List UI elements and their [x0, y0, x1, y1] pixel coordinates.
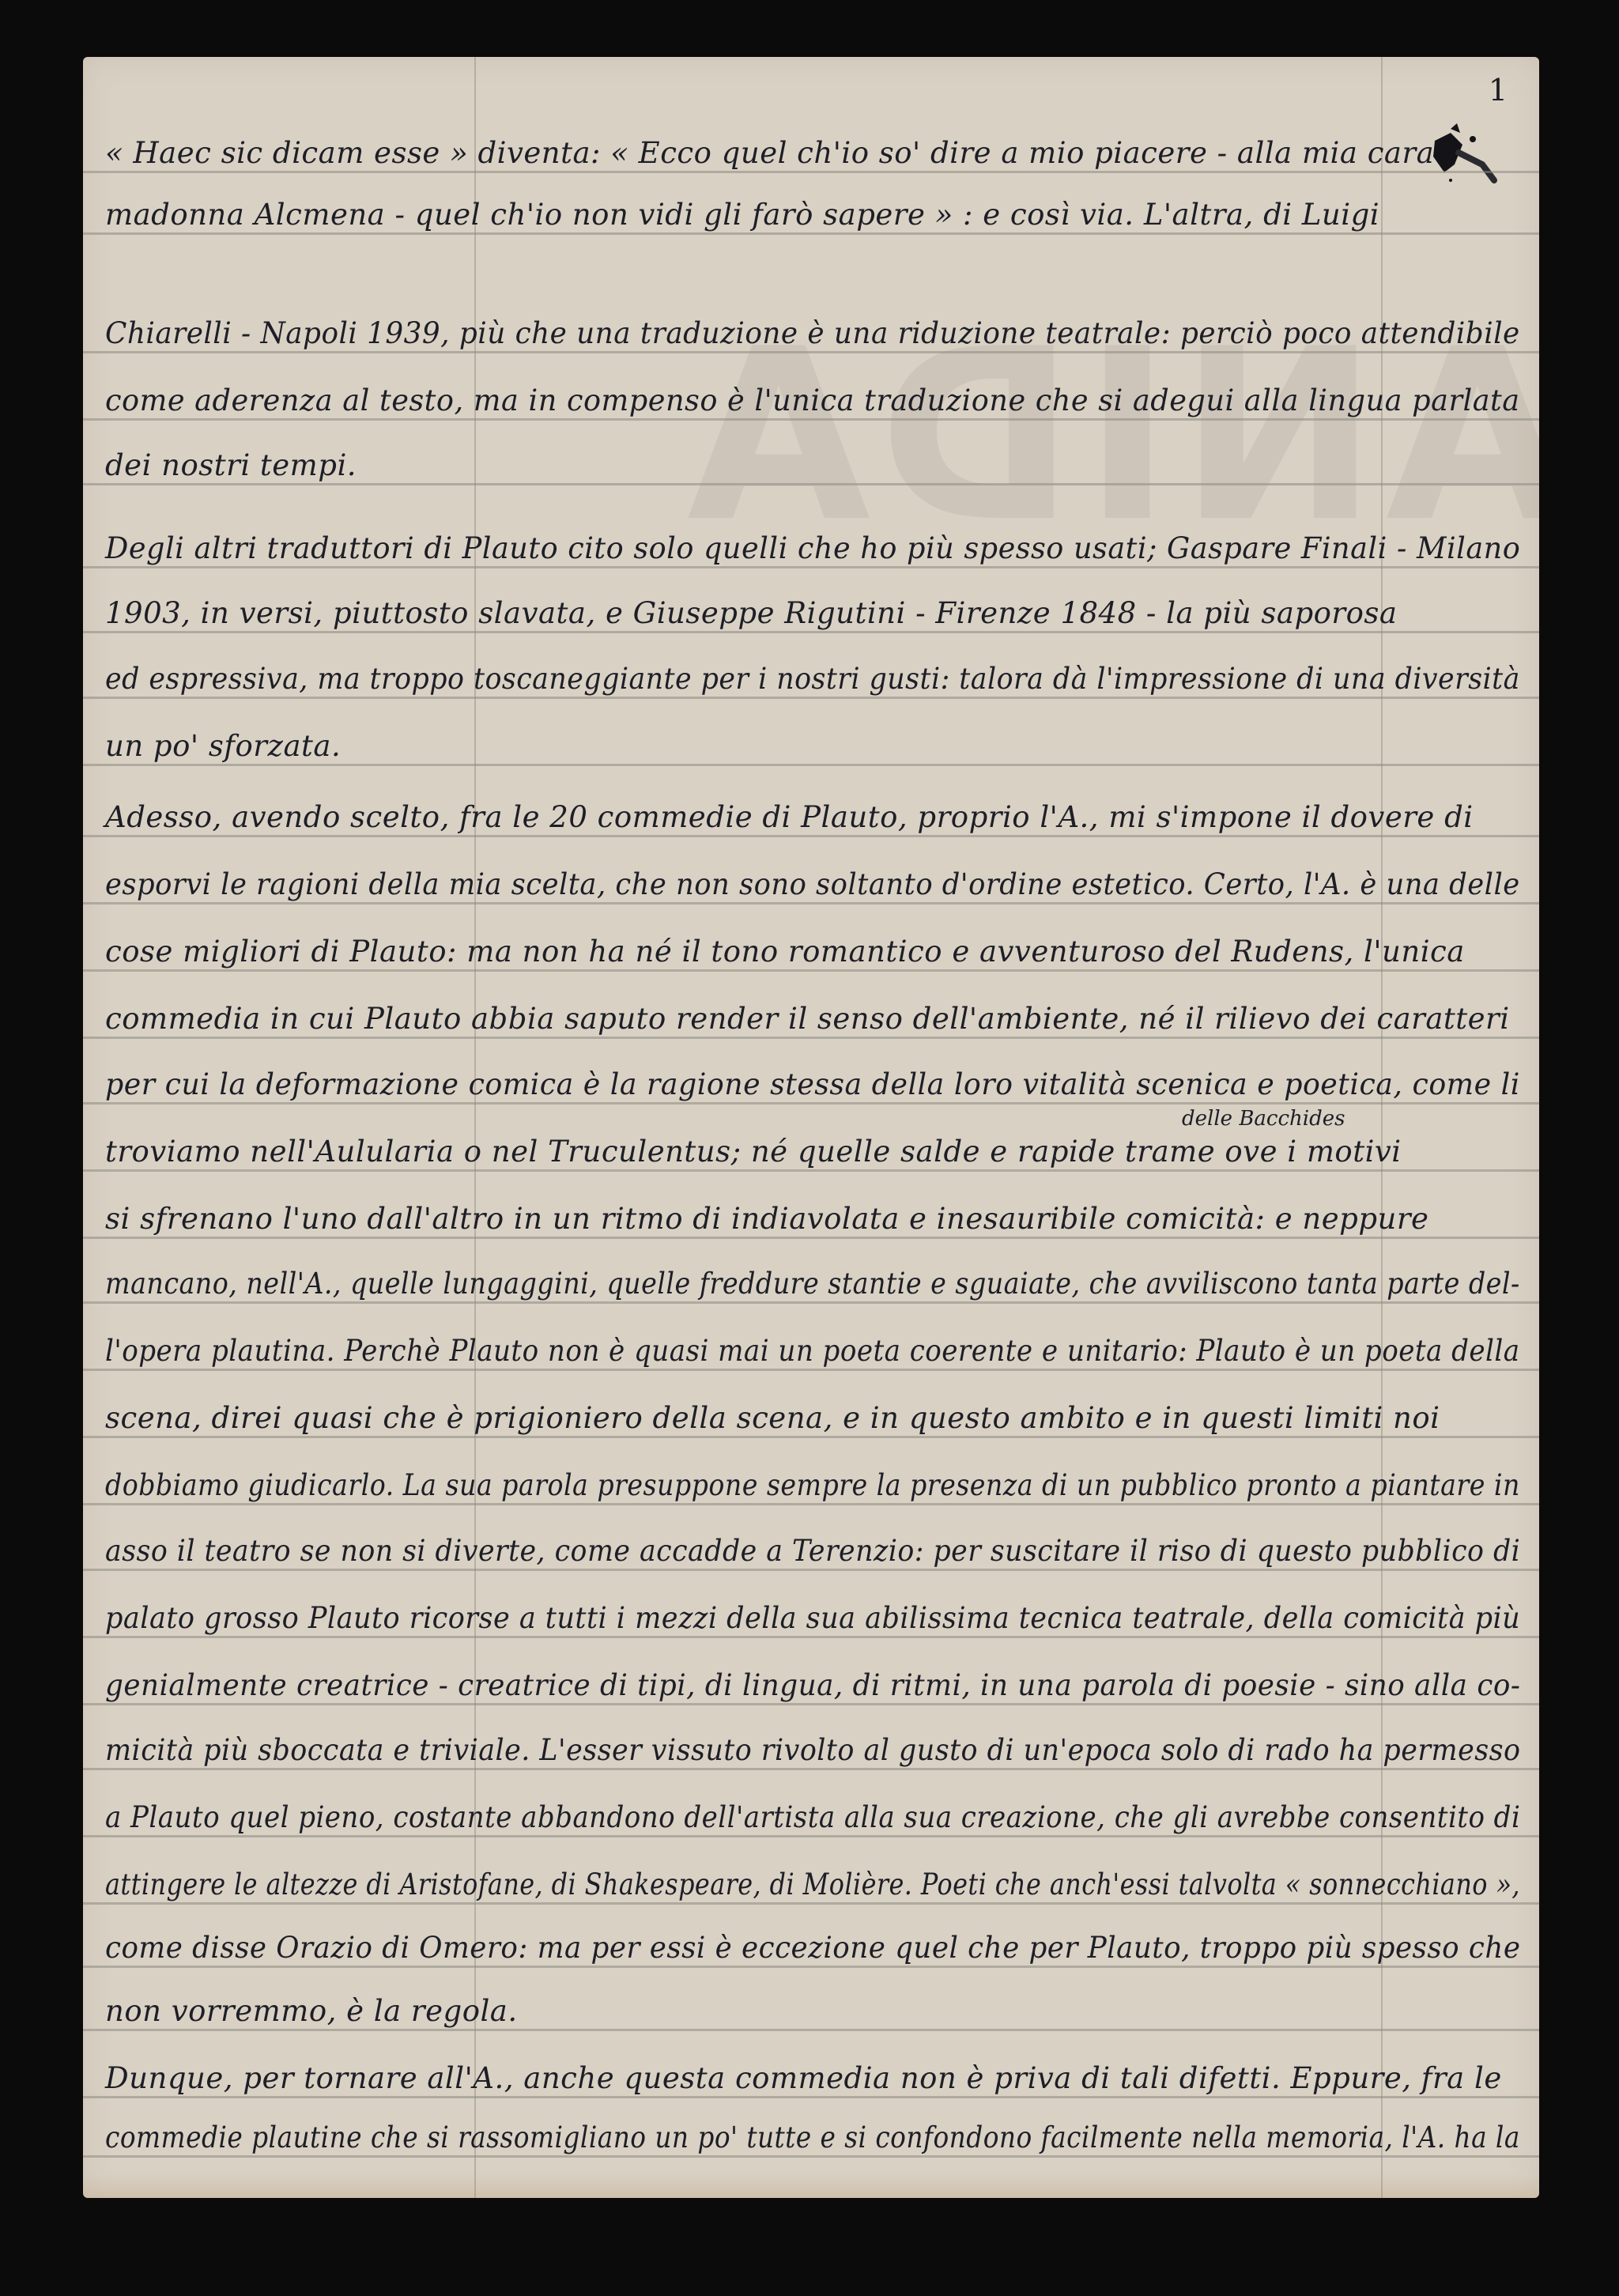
- horizontal-rule: [83, 1503, 1539, 1505]
- text-line: genialmente creatrice - creatrice di tip…: [105, 1668, 1520, 1702]
- text-line: madonna Alcmena - quel ch'io non vidi gl…: [105, 198, 1379, 232]
- text-line: come aderenza al testo, ma in compenso è…: [105, 383, 1520, 417]
- text-line: troviamo nell'Aulularia o nel Truculentu…: [105, 1135, 1402, 1169]
- horizontal-rule: [83, 902, 1539, 904]
- text-line: Dunque, per tornare all'A., anche questa…: [105, 2061, 1502, 2095]
- text-line: commedia in cui Plauto abbia saputo rend…: [105, 1002, 1510, 1036]
- text-line: Degli altri traduttori di Plauto cito so…: [105, 531, 1520, 565]
- horizontal-rule: [83, 1902, 1539, 1905]
- text-line: mancano, nell'A., quelle lungaggini, que…: [105, 1267, 1520, 1301]
- text-line: come disse Orazio di Omero: ma per essi …: [105, 1931, 1520, 1965]
- horizontal-rule: [83, 1037, 1539, 1039]
- horizontal-rule: [83, 1966, 1539, 1968]
- text-line: 1903, in versi, piuttosto slavata, e Giu…: [105, 596, 1397, 630]
- text-line: Chiarelli - Napoli 1939, più che una tra…: [105, 316, 1520, 350]
- horizontal-rule: [83, 969, 1539, 972]
- ink-blot-icon: [1427, 101, 1522, 196]
- horizontal-rule: [83, 764, 1539, 766]
- horizontal-rule: [83, 418, 1539, 421]
- horizontal-rule: [83, 1835, 1539, 1837]
- horizontal-rule: [83, 1636, 1539, 1638]
- text-line: « Haec sic dicam esse » diventa: « Ecco …: [105, 136, 1434, 170]
- horizontal-rule: [83, 232, 1539, 235]
- horizontal-rule: [83, 1169, 1539, 1172]
- horizontal-rule: [83, 1369, 1539, 1371]
- text-line: cose migliori di Plauto: ma non ha né il…: [105, 935, 1465, 969]
- horizontal-rule: [83, 2096, 1539, 2098]
- horizontal-rule: [83, 1569, 1539, 1571]
- text-line: commedie plautine che si rassomigliano u…: [105, 2120, 1520, 2154]
- text-line: l'opera plautina. Perchè Plauto non è qu…: [105, 1334, 1520, 1368]
- manuscript-page: ANIDA 1 « Haec sic dicam esse » diventa:…: [83, 57, 1539, 2198]
- text-line: per cui la deformazione comica è la ragi…: [105, 1067, 1520, 1101]
- horizontal-rule: [83, 1703, 1539, 1705]
- horizontal-rule: [83, 566, 1539, 568]
- horizontal-rule: [83, 351, 1539, 353]
- horizontal-rule: [83, 697, 1539, 699]
- interlinear-note: delle Bacchides: [1182, 1107, 1345, 1131]
- text-line: scena, direi quasi che è prigioniero del…: [105, 1401, 1440, 1435]
- horizontal-rule: [83, 1301, 1539, 1304]
- text-line: Adesso, avendo scelto, fra le 20 commedi…: [105, 800, 1474, 834]
- text-line: a Plauto quel pieno, costante abbandono …: [105, 1800, 1520, 1834]
- text-line: dobbiamo giudicarlo. La sua parola presu…: [105, 1468, 1520, 1502]
- horizontal-rule: [83, 2155, 1539, 2158]
- horizontal-rule: [83, 1436, 1539, 1438]
- text-line: micità più sboccata e triviale. L'esser …: [105, 1733, 1520, 1767]
- horizontal-rule: [83, 631, 1539, 633]
- text-line: un po' sforzata.: [105, 729, 341, 763]
- horizontal-rule: [83, 171, 1539, 173]
- horizontal-rule: [83, 1237, 1539, 1239]
- horizontal-rule: [83, 2029, 1539, 2031]
- horizontal-rule: [83, 1768, 1539, 1770]
- text-line: ed espressiva, ma troppo toscaneggiante …: [105, 662, 1520, 696]
- horizontal-rule: [83, 483, 1539, 485]
- horizontal-rule: [83, 835, 1539, 837]
- text-line: si sfrenano l'uno dall'altro in un ritmo…: [105, 1202, 1428, 1236]
- text-line: asso il teatro se non si diverte, come a…: [105, 1534, 1520, 1568]
- text-line: esporvi le ragioni della mia scelta, che…: [105, 867, 1520, 901]
- horizontal-rule: [83, 1102, 1539, 1105]
- text-line: attingere le altezze di Aristofane, di S…: [105, 1867, 1520, 1901]
- text-line: dei nostri tempi.: [105, 448, 357, 482]
- text-line: palato grosso Plauto ricorse a tutti i m…: [105, 1601, 1520, 1635]
- text-line: non vorremmo, è la regola.: [105, 1994, 518, 2028]
